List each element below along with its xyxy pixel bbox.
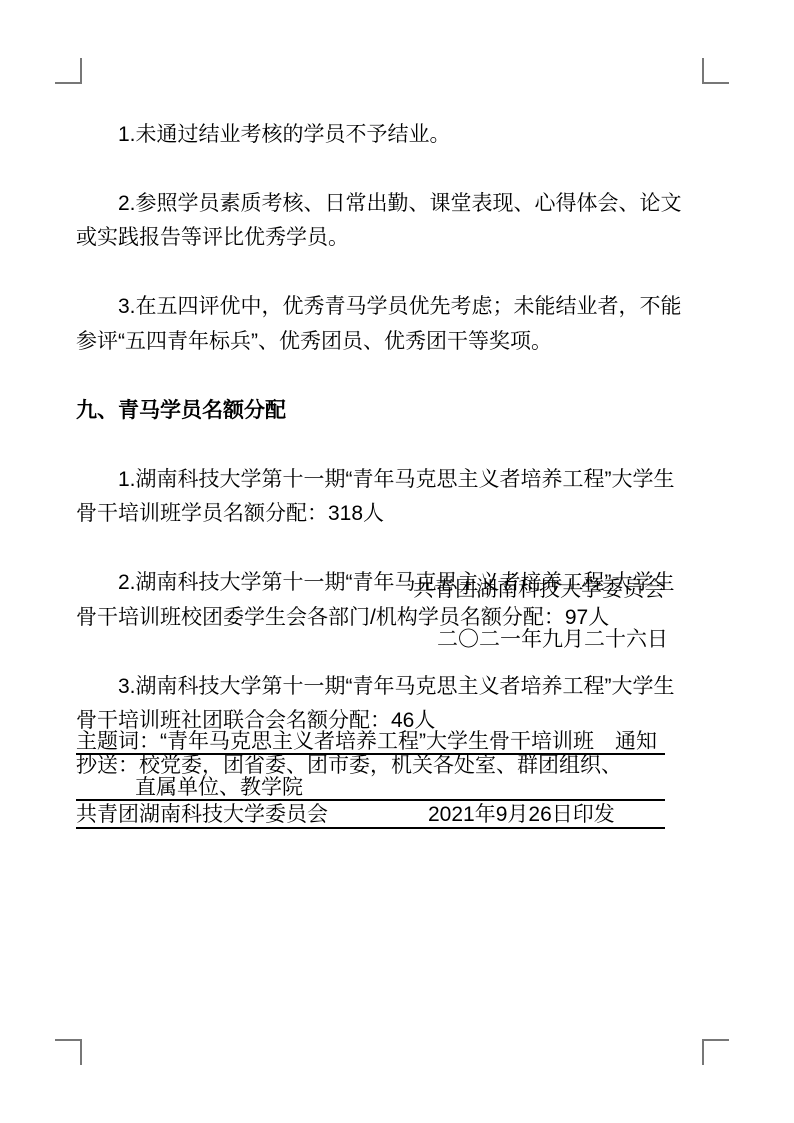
document-footer: 主题词：“青年马克思主义者培养工程”大学生骨干培训班 通知 抄送：校党委，团省委… — [76, 731, 665, 829]
document-body: 1.未通过结业考核的学员不予结业。 2.参照学员素质考核、日常出勤、课堂表现、心… — [76, 83, 718, 773]
crop-mark-bottom-right — [702, 1039, 729, 1065]
cc-distribution-row: 抄送：校党委，团省委、团市委，机关各处室、群团组织、 直属单位、教学院 — [76, 755, 665, 801]
print-date: 2021年9月26日印发 — [428, 803, 615, 827]
paragraph-trainee-quota: 1.湖南科技大学第十一期“青年马克思主义者培养工程”大学生 骨干培训班学员名额分… — [76, 463, 718, 532]
crop-mark-top-left — [55, 58, 82, 84]
paragraph-association-quota: 3.湖南科技大学第十一期“青年马克思主义者培养工程”大学生 骨干培训班社团联合会… — [76, 670, 718, 739]
issuer-row: 共青团湖南科技大学委员会 2021年9月26日印发 — [76, 801, 665, 829]
signature-date: 二〇二一年九月二十六日 — [76, 623, 718, 658]
paragraph-evaluation-criteria: 2.参照学员素质考核、日常出勤、课堂表现、心得体会、论文 或实践报告等评比优秀学… — [76, 187, 718, 256]
signature-organization: 共青团湖南科技大学委员会 — [76, 573, 718, 608]
signature-block: 共青团湖南科技大学委员会 二〇二一年九月二十六日 — [76, 573, 718, 657]
section-heading-quota-allocation: 九、青马学员名额分配 — [76, 394, 718, 429]
crop-mark-top-right — [702, 58, 729, 84]
issuer-name: 共青团湖南科技大学委员会 — [76, 803, 328, 826]
subject-keywords-row: 主题词：“青年马克思主义者培养工程”大学生骨干培训班 通知 — [76, 731, 665, 755]
document-page: 1.未通过结业考核的学员不予结业。 2.参照学员素质考核、日常出勤、课堂表现、心… — [0, 0, 794, 1123]
paragraph-may-fourth-awards: 3.在五四评优中，优秀青马学员优先考虑；未能结业者，不能 参评“五四青年标兵”、… — [76, 290, 718, 359]
crop-mark-bottom-left — [55, 1039, 82, 1065]
paragraph-no-graduation-rule: 1.未通过结业考核的学员不予结业。 — [76, 118, 718, 153]
